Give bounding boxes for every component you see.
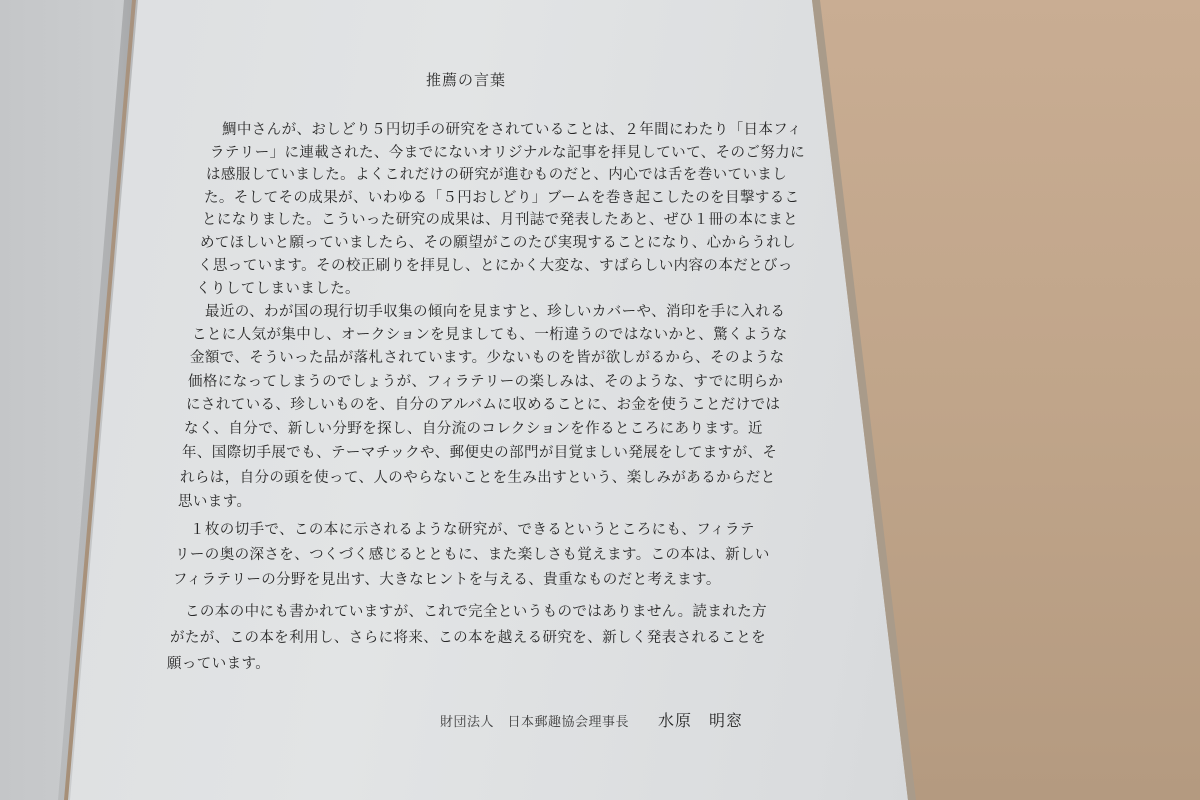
text-line: １枚の切手で、この本に示されるような研究が、できるというところにも、フィラテ <box>190 518 755 539</box>
signature-organization: 財団法人 日本郵趣協会理事長 <box>440 711 629 730</box>
text-line: 最近の、わが国の現行切手収集の傾向を見ますと、珍しいカバーや、消印を手に入れる <box>205 300 785 321</box>
text-line: とになりました。こういった研究の成果は、月刊誌で発表したあと、ぜひ１冊の本にまと <box>202 208 798 229</box>
text-line: 価格になってしまうのでしょうが、フィラテリーの楽しみは、そのような、すでに明らか <box>188 370 783 391</box>
text-line: ラテリー」に連載された、今までにないオリジナルな記事を拝見していて、そのご努力に <box>210 141 805 162</box>
text-line: 鯛中さんが、おしどり５円切手の研究をされていることは、２年間にわたり「日本フィ <box>222 118 802 139</box>
text-line: た。そしてその成果が、いわゆる「５円おしどり」ブームを巻き起こしたのを目撃するこ <box>204 186 800 207</box>
signature-name: 水原 明窓 <box>658 708 743 731</box>
text-line: 金額で、そういった品が落札されています。少ないものを皆が欲しがるから、そのような <box>190 346 785 367</box>
text-line: フィラテリーの分野を見出す、大きなヒントを与える、貴重なものだと考えます。 <box>173 568 721 589</box>
text-line: くりしてしまいました。 <box>196 277 360 298</box>
text-line: めてほしいと願っていましたら、その願望がこのたび実現することになり、心からうれし <box>200 231 796 252</box>
page-title: 推薦の言葉 <box>426 69 506 90</box>
text-line: この本の中にも書かれていますが、これで完全というものではありません。読まれた方 <box>185 600 767 621</box>
text-line: れらは，自分の頭を使って、人のやらないことを生み出すという、楽しみがあるからだと <box>180 466 776 487</box>
text-line: リーの奥の深さを、つくづく感じるとともに、また楽しさも覚えます。この本は、新しい <box>175 543 770 564</box>
text-line: にされている、珍しいものを、自分のアルバムに収めることに、お金を使うことだけでは <box>186 393 780 414</box>
text-line: 年、国際切手展でも、テーマチックや、郵便史の部門が目覚ましい発展をしてますが、そ <box>182 441 777 462</box>
text-line: ことに人気が集中し、オークションを見ましても、一桁違うのではないかと、驚くような <box>192 323 788 344</box>
text-line: は感服していました。よくこれだけの研究が進むものだと、内心では舌を巻いていまし <box>206 163 787 184</box>
text-line: なく、自分で、新しい分野を探し、自分流のコレクションを作るところにあります。近 <box>184 417 763 438</box>
text-line: 思います。 <box>178 490 251 511</box>
text-line: 願っています。 <box>167 652 270 673</box>
text-line: く思っています。その校正刷りを拝見し、とにかく大変な、すばらしい内容の本だとびっ <box>198 254 793 275</box>
text-line: がたが、この本を利用し、さらに将来、この本を越える研究を、新しく発表されることを <box>170 626 766 647</box>
